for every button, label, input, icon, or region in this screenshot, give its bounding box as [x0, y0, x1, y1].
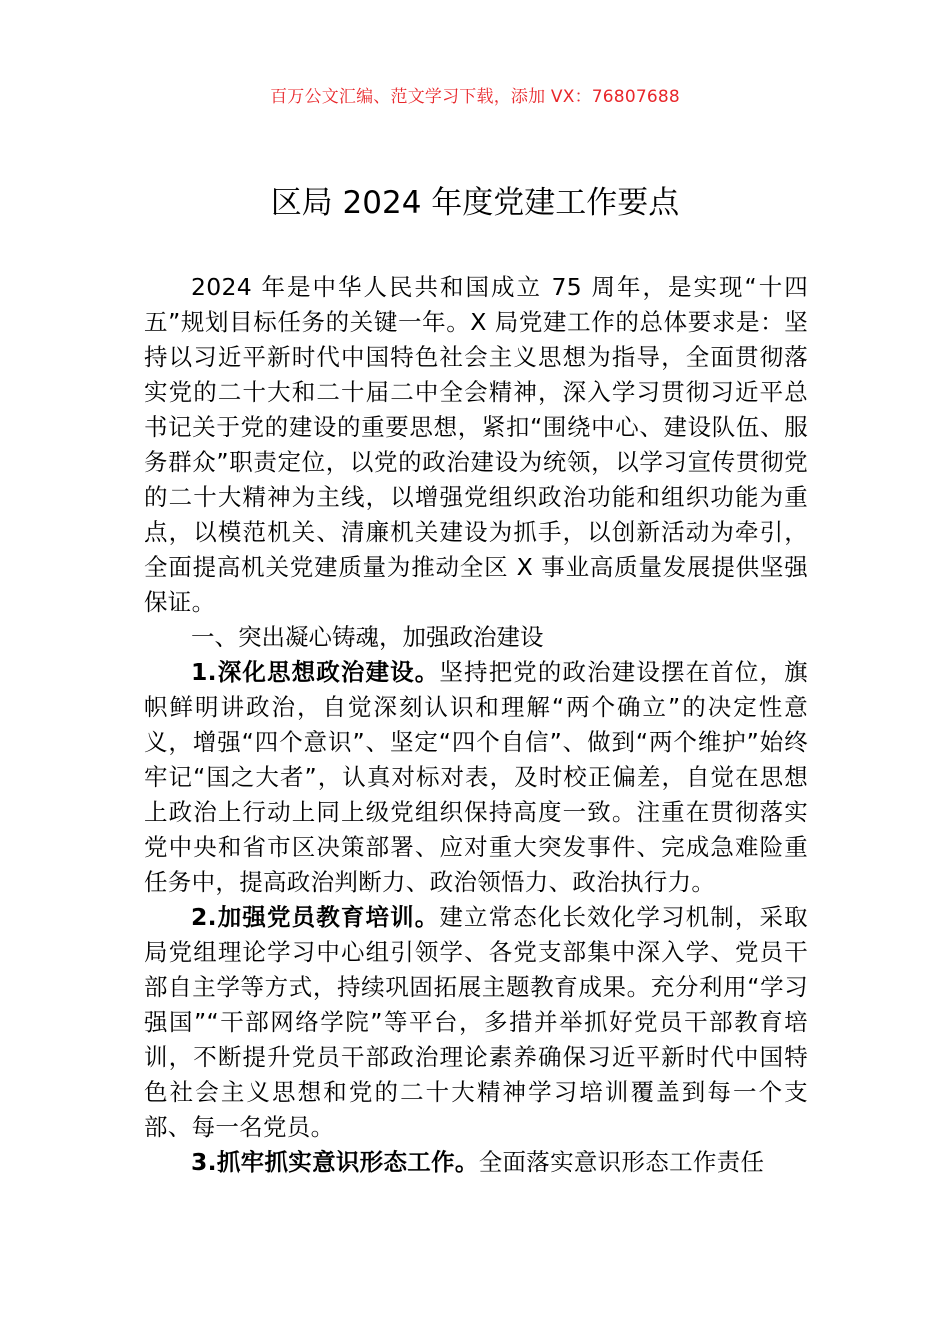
item-lead: 3.抓牢抓实意识形态工作。 — [191, 1148, 479, 1176]
item-paragraph-2: 2.加强党员教育培训。建立常态化长效化学习机制，采取局党组理论学习中心组引领学、… — [144, 900, 808, 1145]
section-heading: 一、突出凝心铸魂，加强政治建设 — [144, 620, 808, 655]
item-text: 坚持把党的政治建设摆在首位，旗帜鲜明讲政治，自觉深刻认识和理解“两个确立”的决定… — [144, 658, 808, 896]
document-body: 2024 年是中华人民共和国成立 75 周年，是实现“十四五”规划目标任务的关键… — [144, 270, 808, 1180]
watermark-banner: 百万公文汇编、范文学习下载，添加 VX：76807688 — [0, 85, 950, 109]
item-text: 全面落实意识形态工作责任 — [479, 1148, 765, 1176]
item-paragraph-3: 3.抓牢抓实意识形态工作。全面落实意识形态工作责任 — [144, 1145, 808, 1180]
intro-paragraph: 2024 年是中华人民共和国成立 75 周年，是实现“十四五”规划目标任务的关键… — [144, 270, 808, 620]
item-paragraph-1: 1.深化思想政治建设。坚持把党的政治建设摆在首位，旗帜鲜明讲政治，自觉深刻认识和… — [144, 655, 808, 900]
item-lead: 1.深化思想政治建设。 — [191, 658, 439, 686]
document-title: 区局 2024 年度党建工作要点 — [0, 183, 950, 223]
item-lead: 2.加强党员教育培训。 — [191, 903, 439, 931]
item-text: 建立常态化长效化学习机制，采取局党组理论学习中心组引领学、各党支部集中深入学、党… — [144, 903, 808, 1141]
